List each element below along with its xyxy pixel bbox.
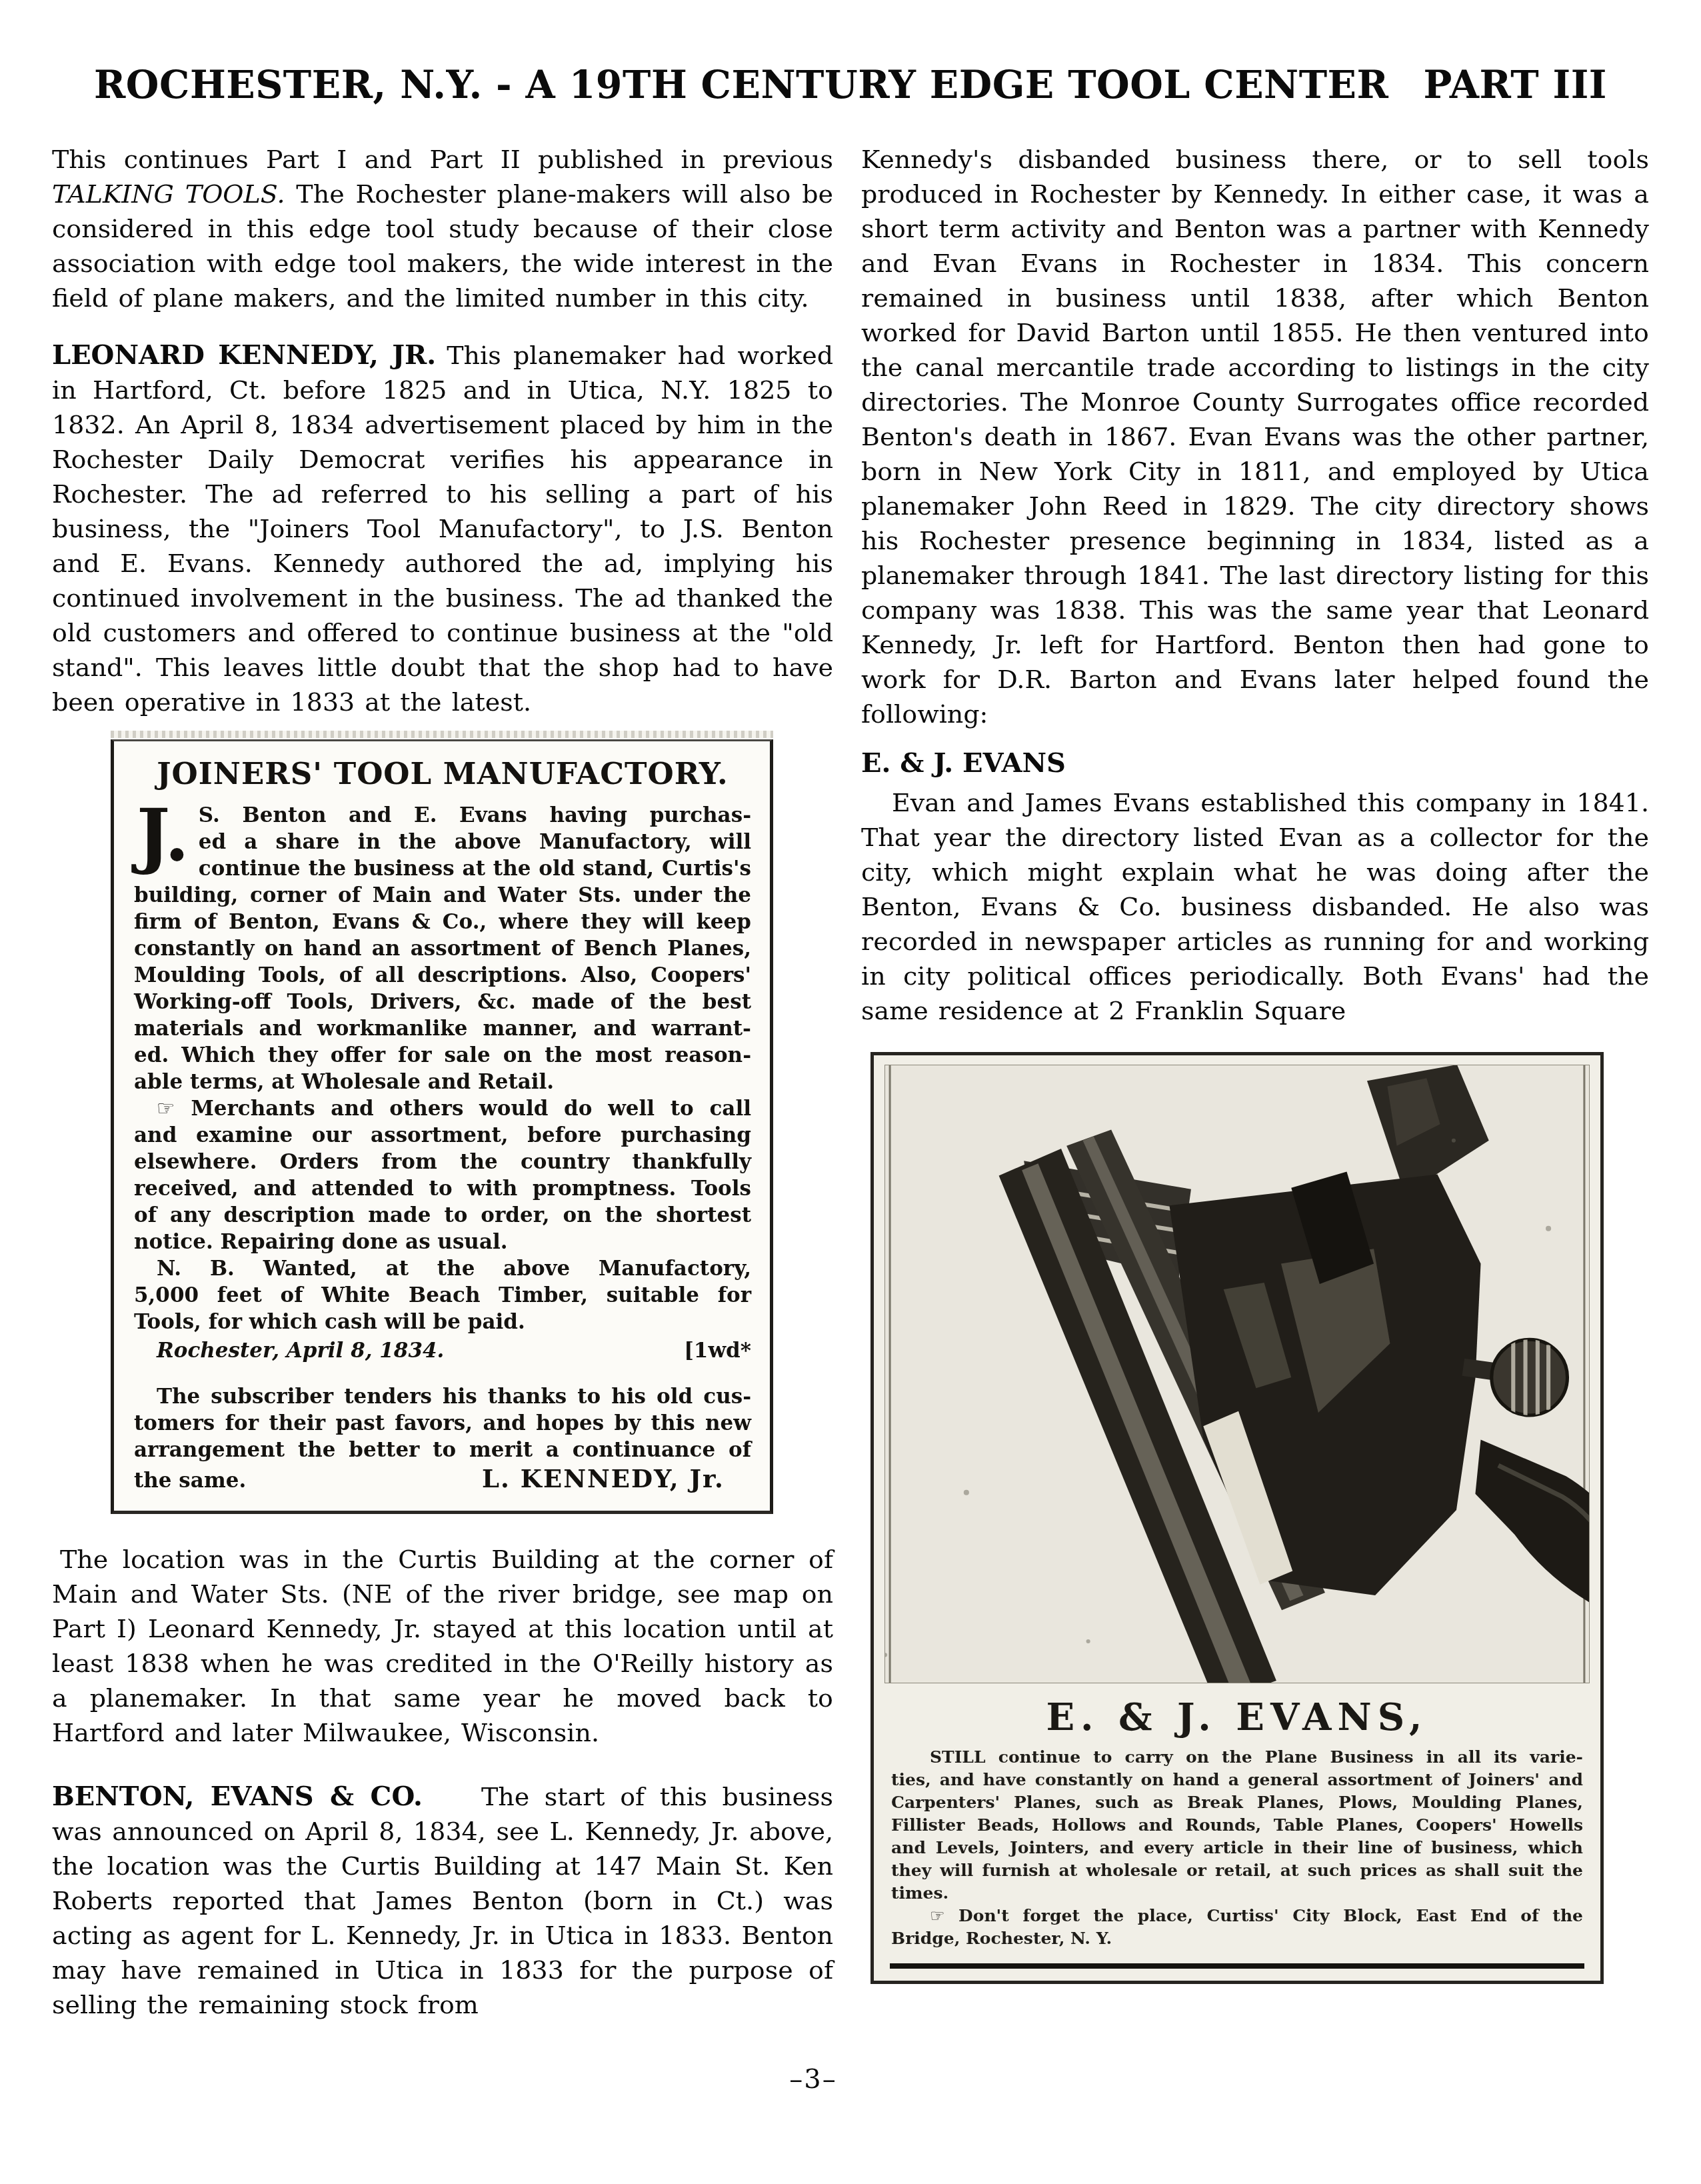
page-title: ROCHESTER, N.Y. - A 19TH CENTURY EDGE TO… [0,63,1701,107]
ad-insertion-tag: [1wd* [684,1335,751,1366]
plane-illustration [884,1065,1590,1683]
intro-text-pre: This continues Part I and Part II publis… [52,145,833,174]
ad-date: Rochester, April 8, 1834. [157,1335,444,1366]
joiners-ad-paragraph-1: J.S. Benton and E. Evans having purchas-… [134,802,751,1095]
ad-text-line: building, corner of Main and Water Sts. … [134,882,751,909]
joiners-ad-signature-line: the same. L. KENNEDY, Jr. [134,1463,751,1496]
joiners-ad-paragraph-3: N. B. Wanted, at the above Manufactory,5… [134,1255,751,1335]
joiners-ad-date-line: Rochester, April 8, 1834. [1wd* [134,1335,751,1366]
ad-text-line: elsewhere. Orders from the country thank… [134,1149,751,1175]
ad-text-line: ☞ Don't forget the place, Curtiss' City … [891,1905,1583,1927]
joiners-ad-paragraph-2: ☞ Merchants and others would do well to … [134,1095,751,1255]
right-column: Kennedy's disbanded business there, or t… [861,142,1649,2022]
ad-text-line: Fillister Beads, Hollows and Rounds, Tab… [891,1814,1583,1837]
evans-ad-paragraph-2: ☞ Don't forget the place, Curtiss' City … [884,1905,1590,1950]
leonard-kennedy-paragraph: LEONARD KENNEDY, JR.This planemaker had … [52,338,833,719]
ad-text-line: tomers for their past favors, and hopes … [134,1410,751,1437]
ad-text-line: they will furnish at wholesale or retail… [891,1859,1583,1882]
page-title-main: ROCHESTER, N.Y. - A 19TH CENTURY EDGE TO… [94,63,1388,107]
two-column-layout: This continues Part I and Part II publis… [0,142,1701,2022]
ad-text-line: able terms, at Wholesale and Retail. [134,1069,751,1095]
leonard-kennedy-body: This planemaker had worked in Hartford, … [52,341,833,717]
ad-text-line: constantly on hand an assortment of Benc… [134,935,751,962]
ad-text-line: ed. Which they offer for sale on the mos… [134,1042,751,1069]
ad-text-line: and examine our assortment, before purch… [134,1122,751,1149]
ad-text-line: ed a share in the above Manufactory, wil… [134,829,751,855]
drop-cap: J. [134,802,199,863]
left-column: This continues Part I and Part II publis… [52,142,833,2022]
ad-text-line: continue the business at the old stand, … [134,855,751,882]
benton-evans-body: The start of this business was announced… [52,1782,833,2019]
joiners-ad-title: JOINERS' TOOL MANUFACTORY. [134,756,751,791]
ad-signature: L. KENNEDY, Jr. [482,1463,725,1494]
ad-text-line: Working-off Tools, Drivers, &c. made of … [134,989,751,1015]
ad-text-line: Moulding Tools, of all descriptions. Als… [134,962,751,989]
scanned-article-page: ROCHESTER, N.Y. - A 19TH CENTURY EDGE TO… [0,0,1701,2184]
joiners-tool-manufactory-ad: JOINERS' TOOL MANUFACTORY. J.S. Benton a… [111,739,773,1514]
talking-tools-italic: TALKING TOOLS. [52,179,285,209]
ad-text-line: ☞ Merchants and others would do well to … [134,1095,751,1122]
intro-paragraph: This continues Part I and Part II publis… [52,142,833,315]
ad-text-line: Tools, for which cash will be paid. [134,1309,751,1335]
continuation-paragraph: Kennedy's disbanded business there, or t… [861,142,1649,731]
evans-ad-paragraph-1: STILL continue to carry on the Plane Bus… [884,1746,1590,1905]
page-number: –3– [747,2064,880,2095]
benton-evans-paragraph: BENTON, EVANS & CO.The start of this bus… [52,1779,833,2022]
ad-text-line: Carpenters' Planes, such as Break Planes… [891,1791,1583,1814]
ad-text-line: The subscriber tenders his thanks to his… [134,1383,751,1410]
closing-text: the same. [134,1465,246,1496]
ad-text-line: and Levels, Jointers, and every article … [891,1837,1583,1859]
ad-text-line: materials and workmanlike manner, and wa… [134,1015,751,1042]
ad-text-line: received, and attended to with promptnes… [134,1175,751,1202]
ad-text-line: ties, and have constantly on hand a gene… [891,1769,1583,1791]
ad-text-line: firm of Benton, Evans & Co., where they … [134,909,751,935]
joiners-ad-closing-paragraph: The subscriber tenders his thanks to his… [134,1383,751,1463]
section-heading-leonard-kennedy: LEONARD KENNEDY, JR. [52,339,447,371]
ad-text-line: notice. Repairing done as usual. [134,1229,751,1255]
evans-ad-bottom-rule [890,1963,1584,1969]
evans-ad-headline: E. & J. EVANS, [884,1695,1590,1739]
location-paragraph: The location was in the Curtis Building … [52,1542,833,1750]
ad-text-line: arrangement the better to merit a contin… [134,1437,751,1463]
ad-text-line: Bridge, Rochester, N. Y. [891,1927,1583,1950]
ad-text-line: 5,000 feet of White Beach Timber, suitab… [134,1282,751,1309]
ad-text-line: STILL continue to carry on the Plane Bus… [891,1746,1583,1769]
section-heading-benton-evans: BENTON, EVANS & CO. [52,1781,481,1812]
ad-text-line: S. Benton and E. Evans having purchas- [134,802,751,829]
ad-text-line: times. [891,1882,1583,1905]
page-title-part: PART III [1423,63,1607,107]
ad-text-line: of any description made to order, on the… [134,1202,751,1229]
ej-evans-ad: E. & J. EVANS, STILL continue to carry o… [870,1052,1604,1984]
ej-evans-paragraph: Evan and James Evans established this co… [861,785,1649,1028]
section-heading-ej-evans: E. & J. EVANS [861,747,1649,779]
ad-text-line: N. B. Wanted, at the above Manufactory, [134,1255,751,1282]
